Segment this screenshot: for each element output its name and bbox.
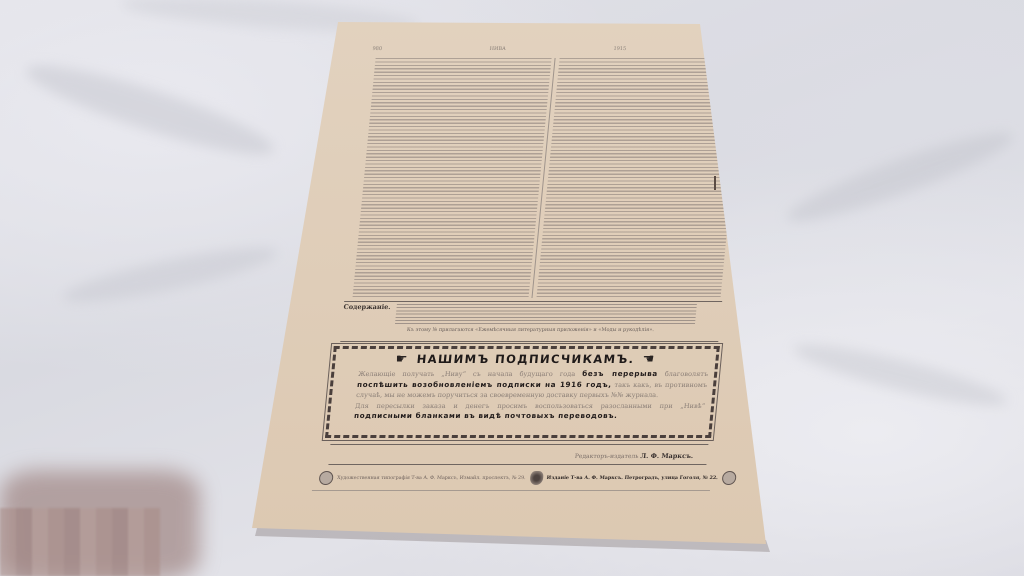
divider [330, 444, 708, 445]
pointing-hand-right-icon: ☛ [395, 353, 409, 366]
notice-bold-text: подписными бланками въ видѣ почтовыхъ пе… [354, 411, 618, 420]
imprint-printer: Художественная типографія Т-ва А. Ф. Мар… [337, 476, 526, 481]
notice-text: Желающіе получать „Ниву“ съ начала будущ… [358, 370, 576, 378]
sheet-fold [20, 51, 280, 169]
contents-label: Содержаніе. [343, 303, 391, 311]
sheet-fold [781, 120, 1018, 234]
contents-note: Къ этому № прилагаются «Ежемѣсячныя лите… [341, 327, 720, 334]
double-headed-eagle-icon [529, 471, 543, 485]
notice-text: Для пересылки заказа и денегъ просимъ во… [355, 402, 706, 410]
bottom-rule [312, 490, 710, 491]
notice-bold-text: безъ перерыва [582, 369, 658, 378]
page-content: 980 НИВА 1915 № 52 Содержаніе. Къ этому … [312, 40, 753, 490]
notice-text: благоволятъ [664, 370, 708, 378]
notice-paragraph-1: Желающіе получать „Ниву“ съ начала будущ… [338, 369, 709, 401]
issue-number: № 52 [733, 46, 747, 56]
imprint-line: Художественная типографія Т-ва А. Ф. Мар… [318, 470, 710, 486]
editor-label: Редакторъ-издатель [574, 453, 638, 460]
text-column-right [536, 58, 743, 298]
subscriber-notice: ☛ НАШИМЪ ПОДПИСЧИКАМЪ. ☚ Желающіе получа… [325, 346, 720, 438]
sheet-fold [59, 237, 280, 312]
divider [340, 341, 718, 342]
notice-title: НАШИМЪ ПОДПИСЧИКАМЪ. [416, 352, 635, 366]
contents-text [394, 304, 696, 324]
imprint-publisher: Изданіе Т-ва А. Ф. Марксъ. Петроградъ, у… [546, 475, 718, 481]
running-head-year: 1915 [613, 46, 627, 56]
text-column-left [352, 58, 551, 298]
sheet-fold [790, 334, 1011, 416]
running-head-title: НИВА [489, 46, 506, 56]
pixelated-region [0, 508, 160, 576]
page-edge-mark [714, 176, 716, 190]
page-number: 980 [372, 46, 383, 56]
pointing-hand-left-icon: ☚ [642, 353, 656, 366]
notice-paragraph-2: Для пересылки заказа и денегъ просимъ во… [336, 401, 706, 422]
divider [344, 301, 722, 302]
printer-seal-icon [318, 471, 333, 485]
notice-title-row: ☛ НАШИМЪ ПОДПИСЧИКАМЪ. ☚ [341, 352, 710, 366]
table-of-contents: Содержаніе. Къ этому № прилагаются «Ежем… [341, 304, 722, 338]
running-head: 980 НИВА 1915 № 52 [372, 46, 747, 56]
publisher-seal-icon [721, 471, 736, 485]
notice-bold-text: поспѣшить возобновленіемъ подписки на 19… [357, 380, 612, 389]
editor-name: Л. Ф. Марксъ. [640, 452, 694, 460]
divider [328, 464, 706, 465]
editor-line: Редакторъ-издатель Л. Ф. Марксъ. [574, 452, 693, 460]
